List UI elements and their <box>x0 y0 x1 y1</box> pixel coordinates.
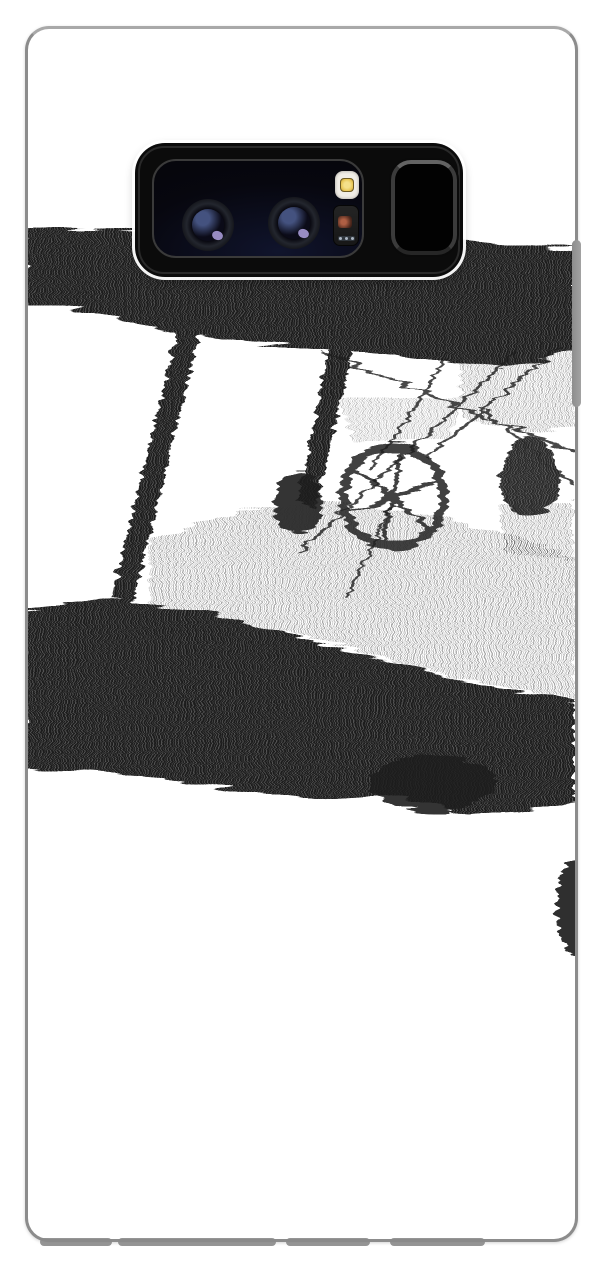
engine-blob-sketch <box>370 755 494 811</box>
sensor-dot <box>345 237 348 240</box>
flash <box>335 171 359 199</box>
camera-lens-left <box>182 199 234 251</box>
sensor-dot <box>339 237 342 240</box>
bottom-cutout-1 <box>40 1238 112 1246</box>
camera-glass <box>152 159 364 258</box>
bottom-cutout-3 <box>286 1238 370 1246</box>
flash-led <box>340 178 354 192</box>
heart-rate-sensor-glow <box>338 216 352 228</box>
heart-rate-sensor <box>333 205 359 246</box>
mid-hatch-patch <box>340 398 462 442</box>
bottom-cutout-4 <box>390 1238 485 1246</box>
sensor-dot <box>351 237 354 240</box>
bottom-cutout-2 <box>118 1238 276 1246</box>
product-photo <box>0 0 600 1266</box>
upper-wing-pale-edge <box>460 352 575 432</box>
fingerprint-sensor-recess <box>391 160 457 255</box>
tail-wheel-sketch <box>556 858 578 954</box>
camera-module <box>135 143 463 277</box>
power-button <box>572 240 581 407</box>
camera-lens-right <box>268 197 320 249</box>
heart-rate-sensor-window <box>338 236 355 241</box>
